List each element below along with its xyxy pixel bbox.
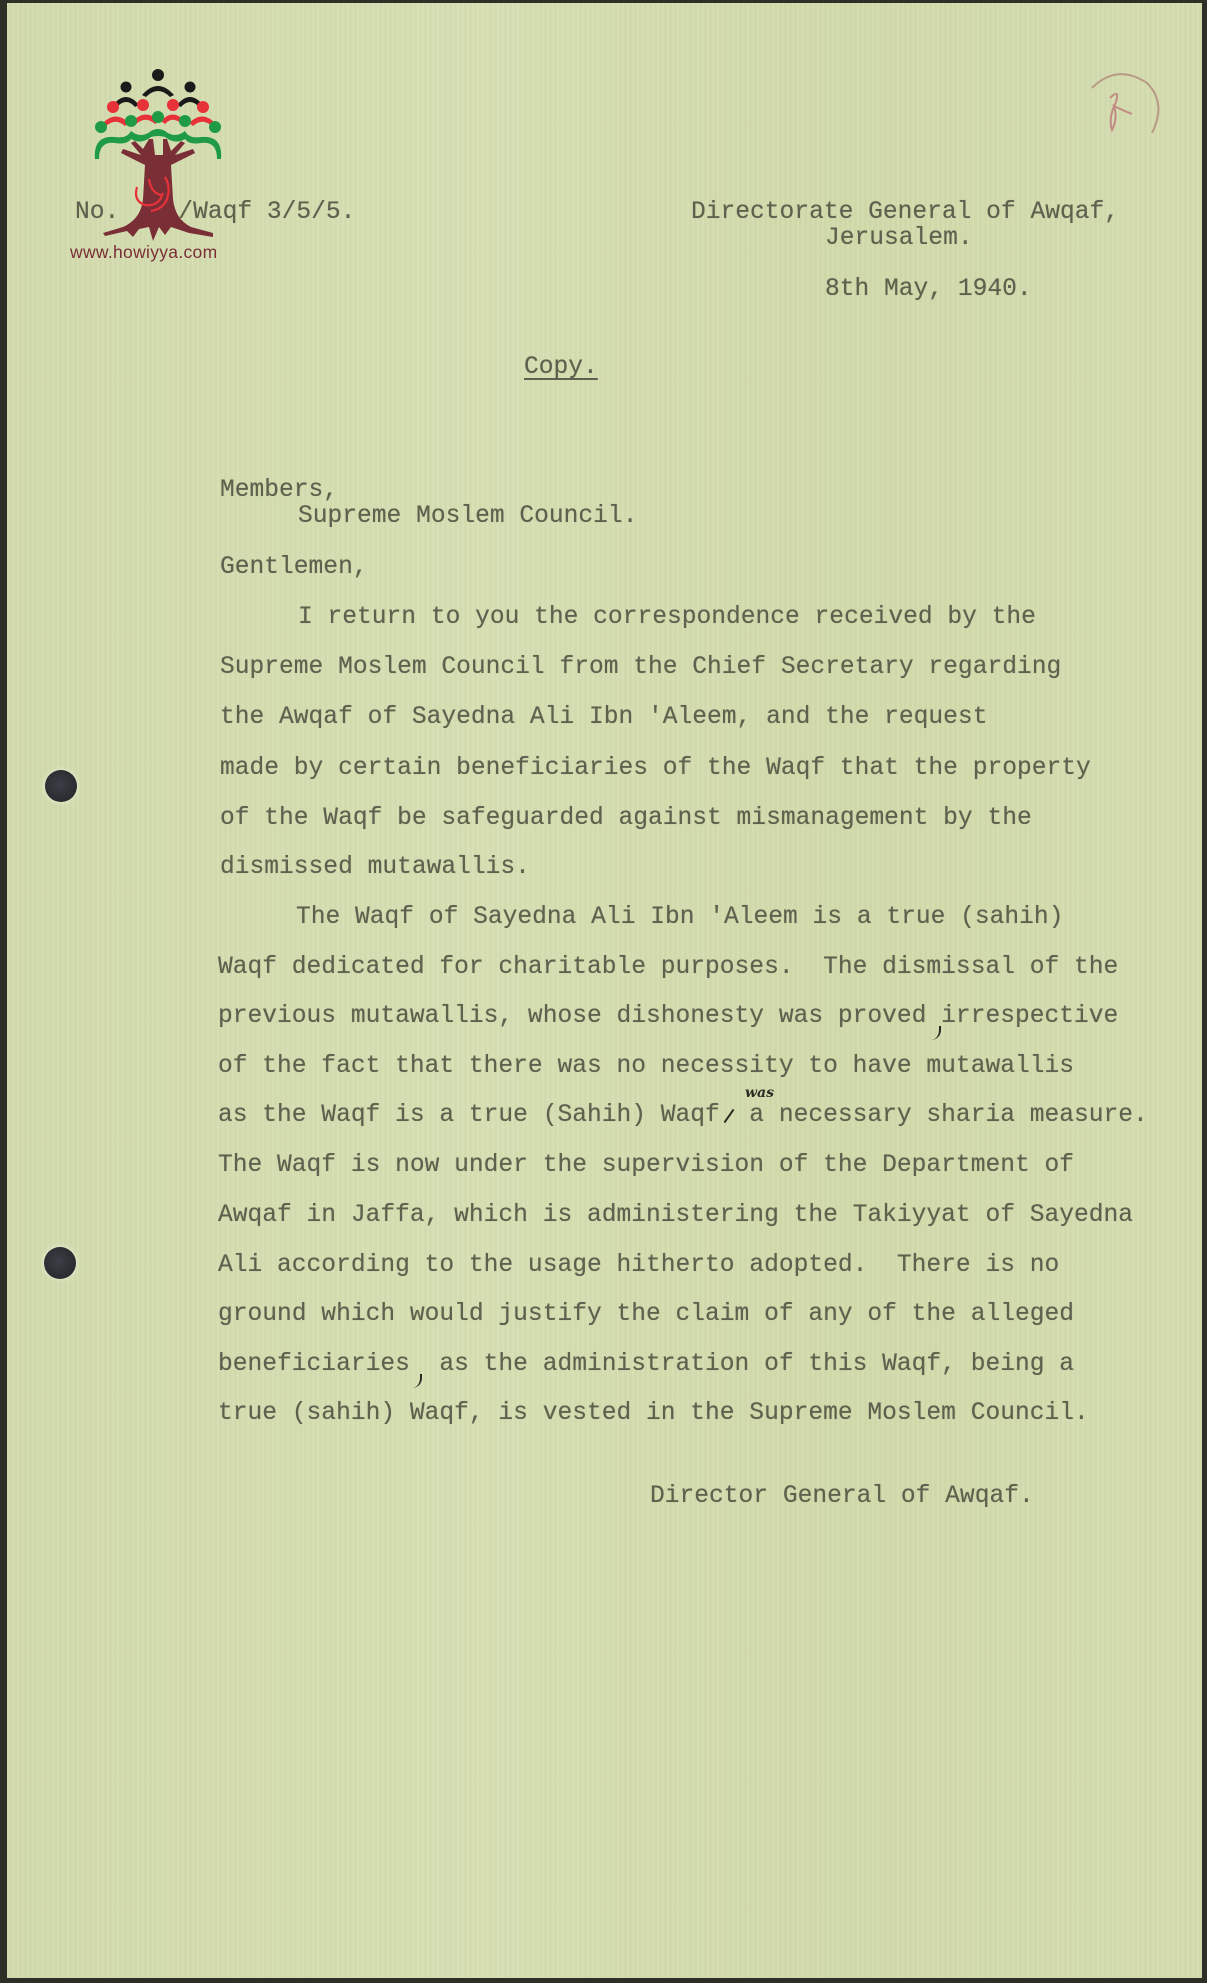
paragraph-2-line: previous mutawallis, whose dishonesty wa… bbox=[218, 1005, 1118, 1030]
document-date: 8th May, 1940. bbox=[825, 278, 1032, 303]
paragraph-1-line: I return to you the correspondence recei… bbox=[298, 606, 1036, 631]
sender-line-1: Directorate General of Awqaf, bbox=[691, 201, 1119, 226]
handwritten-comma-mark bbox=[412, 1374, 422, 1388]
paragraph-2-line: beneficiaries as the administration of t… bbox=[218, 1353, 1074, 1378]
signature: Director General of Awqaf. bbox=[650, 1485, 1034, 1510]
folio-number-icon bbox=[1072, 58, 1167, 153]
handwritten-insertion: was bbox=[745, 1085, 774, 1101]
punch-hole-bottom bbox=[44, 1247, 76, 1279]
paragraph-1-line: the Awqaf of Sayedna Ali Ibn 'Aleem, and… bbox=[220, 706, 987, 731]
punch-hole-top bbox=[45, 770, 77, 802]
handwritten-comma-mark bbox=[931, 1026, 941, 1040]
howiyya-tree-logo-icon bbox=[93, 69, 223, 241]
paragraph-2-line: Waqf dedicated for charitable purposes. … bbox=[218, 956, 1118, 981]
document-title: Copy. bbox=[524, 356, 598, 381]
paragraph-1-line: of the Waqf be safeguarded against misma… bbox=[220, 807, 1032, 832]
paragraph-2-line: true (sahih) Waqf, is vested in the Supr… bbox=[218, 1402, 1089, 1427]
addressee-line-1: Members, bbox=[220, 479, 338, 504]
paragraph-2-line: Ali according to the usage hitherto adop… bbox=[218, 1254, 1059, 1279]
sender-line-2: Jerusalem. bbox=[825, 227, 973, 252]
watermark-url: www.howiyya.com bbox=[70, 242, 217, 263]
paragraph-2-line: The Waqf is now under the supervision of… bbox=[218, 1154, 1074, 1179]
paragraph-1-line: made by certain beneficiaries of the Waq… bbox=[220, 757, 1091, 782]
addressee-line-2: Supreme Moslem Council. bbox=[298, 505, 637, 530]
document-page: No. /Waqf 3/5/5. Directorate General of … bbox=[7, 3, 1202, 1978]
paragraph-2-line: Awqaf in Jaffa, which is administering t… bbox=[218, 1204, 1133, 1229]
paragraph-1-line: dismissed mutawallis. bbox=[220, 856, 530, 881]
salutation: Gentlemen, bbox=[220, 556, 368, 581]
paragraph-1-line: Supreme Moslem Council from the Chief Se… bbox=[220, 656, 1061, 681]
paragraph-2-line: ground which would justify the claim of … bbox=[218, 1303, 1074, 1328]
paragraph-2-line: as the Waqf is a true (Sahih) Waqf a nec… bbox=[218, 1104, 1148, 1129]
paragraph-2-line: The Waqf of Sayedna Ali Ibn 'Aleem is a … bbox=[296, 906, 1063, 931]
paragraph-2-line: of the fact that there was no necessity … bbox=[218, 1055, 1074, 1080]
